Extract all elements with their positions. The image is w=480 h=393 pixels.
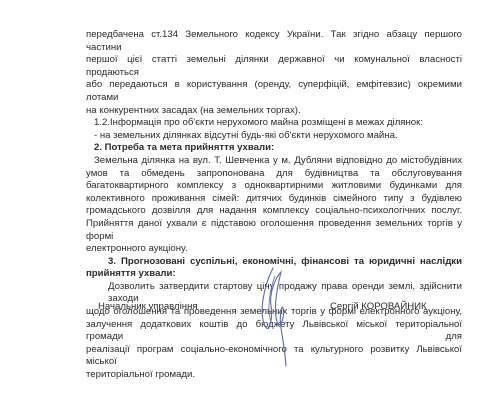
item-1-2-heading: 1.2.Інформація про об'єкти нерухомого ма… [86, 117, 462, 130]
section-2-line-3: багатоквартирного комплексу з однокварти… [86, 180, 462, 193]
section-2-line-4: колективного проживання сімей: дитячих б… [86, 193, 462, 206]
paragraph-1-line-3: або передаються в користування (оренду, … [86, 79, 462, 104]
section-2-line-2: умов та обмедень запропонована для будів… [86, 168, 462, 181]
section-2-line-6: Прийняття даної ухвали є підставою оголо… [86, 218, 462, 243]
section-2-line-5: громадського дозвілля для надання компле… [86, 205, 462, 218]
signatory-position: Начальник управління [98, 301, 198, 312]
item-1-2-detail: - на земельних ділянках відсутні будь-як… [86, 130, 462, 143]
section-2-title: 2. Потреба та мета прийняття ухвали: [86, 142, 462, 155]
paragraph-1-line-2: першої цієї статті земельні ділянки держ… [86, 54, 462, 79]
section-2-line-1: Земельна ділянка на вул. Т. Шевченка у м… [86, 155, 462, 168]
signature-icon [255, 258, 305, 368]
signatory-name: Сергій КОРОВАЙНИК [330, 301, 427, 312]
section-2-line-7: електронного аукціону. [86, 243, 462, 256]
paragraph-1-line-4: на конкурентних засадах (на земельних то… [86, 105, 462, 118]
paragraph-1-line-1: передбачена ст.134 Земельного кодексу Ук… [86, 29, 462, 54]
handwritten-signature [255, 258, 305, 373]
